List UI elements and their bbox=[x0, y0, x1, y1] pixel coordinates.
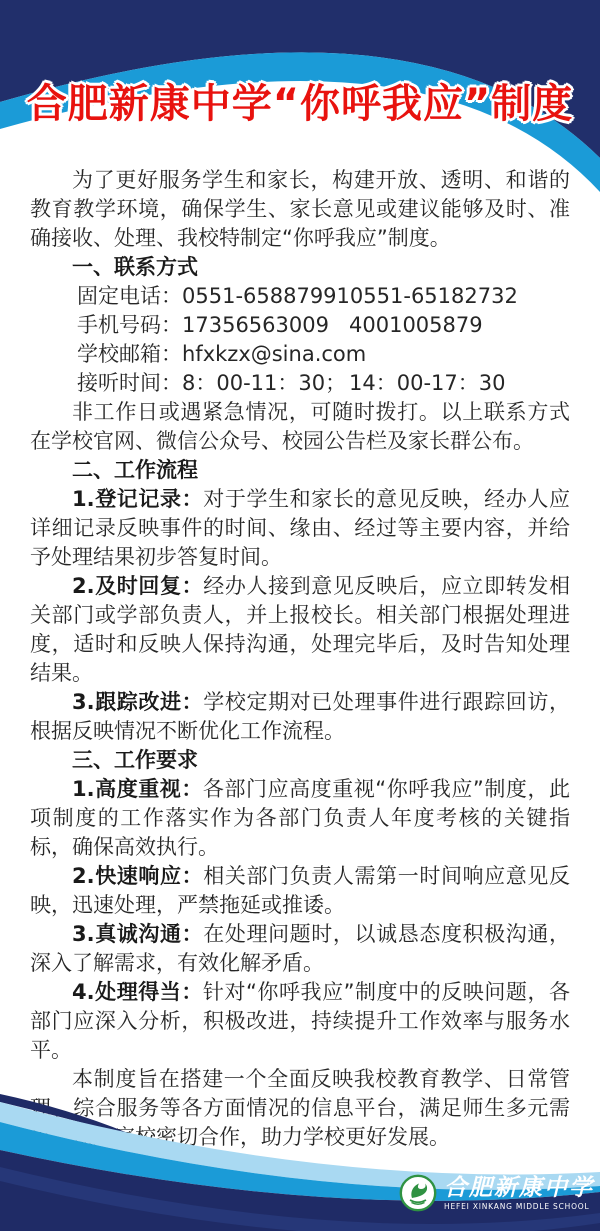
requirement-item-1: 1.高度重视：各部门应高度重视“你呼我应”制度，此项制度的工作落实作为各部门负责… bbox=[30, 775, 570, 862]
item-label: 4.处理得当： bbox=[72, 980, 203, 1004]
item-label: 3.跟踪改进： bbox=[72, 690, 203, 714]
section-heading-contact: 一、联系方式 bbox=[30, 253, 570, 282]
contact-label: 接听时间： bbox=[77, 371, 182, 395]
poster-body: 为了更好服务学生和家长，构建开放、透明、和谐的教育教学环境，确保学生、家长意见或… bbox=[0, 0, 600, 1152]
contact-row-hours: 接听时间：8：00-11：30；14：00-17：30 bbox=[30, 369, 570, 398]
intro-paragraph: 为了更好服务学生和家长，构建开放、透明、和谐的教育教学环境，确保学生、家长意见或… bbox=[30, 166, 570, 253]
contact-value: hfxkzx@sina.com bbox=[182, 342, 366, 366]
contact-value-2: 0551-65182732 bbox=[350, 284, 518, 308]
workflow-item-3: 3.跟踪改进：学校定期对已处理事件进行跟踪回访，根据反映情况不断优化工作流程。 bbox=[30, 688, 570, 746]
contact-value-2: 14：00-17：30 bbox=[349, 371, 505, 395]
workflow-item-1: 1.登记记录：对于学生和家长的意见反映，经办人应详细记录反映事件的时间、缘由、经… bbox=[30, 485, 570, 572]
school-crest-logo-icon bbox=[399, 1174, 437, 1212]
section-heading-requirements: 三、工作要求 bbox=[30, 746, 570, 775]
footer-brand: 合肥新康中学 HEFEI XINKANG MIDDLE SCHOOL bbox=[399, 1174, 594, 1212]
requirement-item-3: 3.真诚沟通：在处理问题时，以诚恳态度积极沟通，深入了解需求，有效化解矛盾。 bbox=[30, 920, 570, 978]
contact-row-mobile: 手机号码：173565630094001005879 bbox=[30, 311, 570, 340]
item-label: 3.真诚沟通： bbox=[72, 922, 203, 946]
school-name-english: HEFEI XINKANG MIDDLE SCHOOL bbox=[444, 1202, 594, 1211]
contact-value: 17356563009 bbox=[182, 313, 329, 337]
requirement-item-2: 2.快速响应：相关部门负责人需第一时间响应意见反映，迅速处理，严禁拖延或推诿。 bbox=[30, 862, 570, 920]
item-label: 2.快速响应： bbox=[72, 864, 203, 888]
contact-note-paragraph: 非工作日或遇紧急情况，可随时拨打。以上联系方式在学校官网、微信公众号、校园公告栏… bbox=[30, 398, 570, 456]
contact-label: 固定电话： bbox=[77, 284, 182, 308]
contact-label: 手机号码： bbox=[77, 313, 182, 337]
item-label: 1.登记记录： bbox=[72, 487, 203, 511]
contact-label: 学校邮箱： bbox=[77, 342, 182, 366]
item-label: 1.高度重视： bbox=[72, 777, 203, 801]
contact-row-landline: 固定电话：0551-658879910551-65182732 bbox=[30, 282, 570, 311]
contact-row-email: 学校邮箱：hfxkzx@sina.com bbox=[30, 340, 570, 369]
contact-value: 0551-65887991 bbox=[182, 284, 350, 308]
item-label: 2.及时回复： bbox=[72, 574, 203, 598]
contact-value: 8：00-11：30； bbox=[182, 371, 346, 395]
workflow-item-2: 2.及时回复：经办人接到意见反映后，应立即转发相关部门或学部负责人，并上报校长。… bbox=[30, 572, 570, 688]
school-name-block: 合肥新康中学 HEFEI XINKANG MIDDLE SCHOOL bbox=[444, 1175, 594, 1211]
school-name-chinese: 合肥新康中学 bbox=[444, 1175, 594, 1201]
contact-value-2: 4001005879 bbox=[349, 313, 483, 337]
poster: 合肥新康中学“你呼我应”制度 为了更好服务学生和家长，构建开放、透明、和谐的教育… bbox=[0, 0, 600, 1231]
section-heading-workflow: 二、工作流程 bbox=[30, 456, 570, 485]
